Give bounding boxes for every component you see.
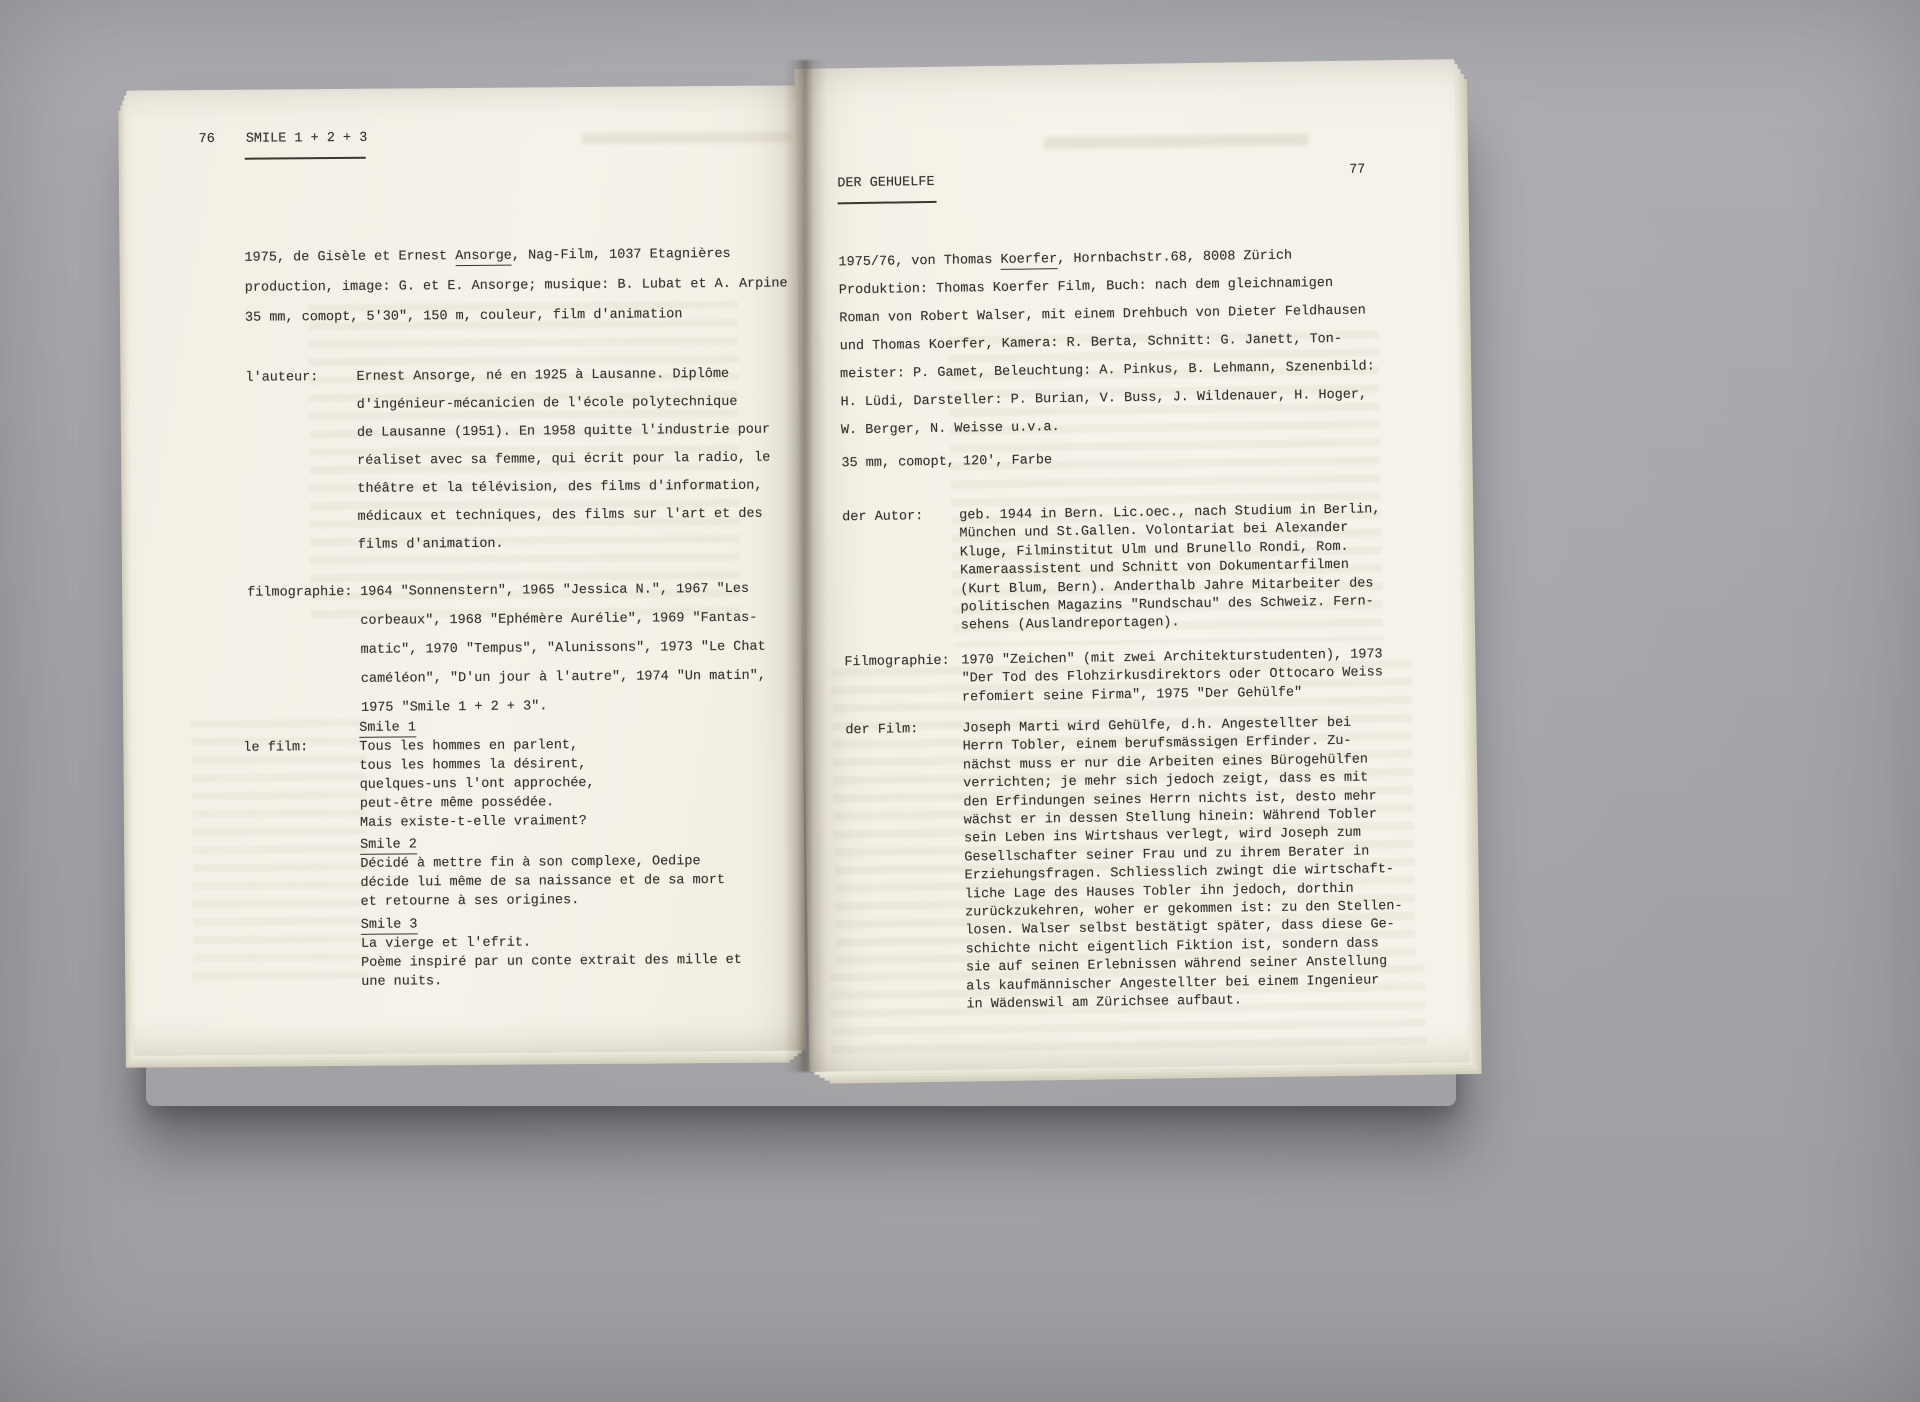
credit-line: 1975, de Gisèle et Ernest Ansorge, Nag-F… — [244, 239, 787, 273]
section-title: Smile 2 — [360, 837, 417, 854]
text-line: peut-être même possédée. — [360, 793, 595, 814]
filmography-label: filmographie: — [247, 578, 353, 608]
section-title-line: Smile 1 — [359, 717, 594, 738]
text-line: corbeaux", 1968 "Ephémère Aurélie", 1969… — [360, 604, 765, 636]
credit-text: 1975/76, von Thomas — [838, 253, 1000, 270]
section-title: Smile 3 — [361, 917, 418, 934]
show-through-text — [1044, 133, 1309, 149]
title-underline — [838, 201, 937, 204]
credit-lines: Produktion: Thomas Koerfer Film, Buch: n… — [839, 269, 1376, 445]
text-line: réaliset avec sa femme, qui écrit pour l… — [357, 445, 770, 476]
show-through-text — [191, 719, 368, 990]
text-line: et retourne à ses origines. — [361, 890, 726, 912]
section-text: La vierge et l'efrit.Poème inspiré par u… — [361, 932, 742, 992]
author-label: der Autor: — [842, 508, 923, 528]
section-text: Tous les hommes en parlent,tous les homm… — [359, 736, 595, 833]
film-section-smile-2: Smile 2 Décidé à mettre fin à son comple… — [360, 833, 725, 912]
right-page: DER GEHUELFE 77 1975/76, von Thomas Koer… — [795, 59, 1470, 1072]
show-through-text — [582, 131, 792, 144]
format-line: 35 mm, comopt, 120', Farbe — [841, 451, 1052, 473]
text-line: d'ingénieur-mécanicien de l'école polyte… — [357, 389, 770, 420]
text-line: matic", 1970 "Tempus", "Alunissons", 197… — [361, 633, 766, 665]
section-title: Smile 1 — [359, 720, 416, 737]
page-number: 76 — [199, 132, 215, 147]
text-line: Mais existe-t-elle vraiment? — [360, 812, 595, 833]
credit-text: , Nag-Film, 1037 Etagnières — [512, 247, 731, 264]
text-line: médicaux et techniques, des films sur l'… — [357, 501, 770, 532]
text-line: films d'animation. — [358, 529, 771, 560]
author-label: l'auteur: — [245, 364, 318, 393]
page-title: SMILE 1 + 2 + 3 — [246, 131, 368, 147]
film-label: le film: — [243, 738, 308, 758]
text-line: Poème inspiré par un conte extrait des m… — [361, 951, 742, 973]
left-page: 76 SMILE 1 + 2 + 3 1975, de Gisèle et Er… — [126, 85, 806, 1055]
credits-block: 1975, de Gisèle et Ernest Ansorge, Nag-F… — [244, 239, 787, 333]
filmography-label: Filmographie: — [844, 653, 950, 673]
open-book: 76 SMILE 1 + 2 + 3 1975, de Gisèle et Er… — [118, 50, 1474, 1118]
title-underline — [245, 157, 366, 160]
text-line: caméléon", "D'un jour à l'autre", 1974 "… — [361, 662, 766, 694]
photo-background: 76 SMILE 1 + 2 + 3 1975, de Gisèle et Er… — [0, 0, 1920, 1402]
underlined-name: Ansorge — [455, 249, 512, 266]
film-text: Joseph Marti wird Gehülfe, d.h. Angestel… — [962, 714, 1404, 1015]
text-line: décide lui même de sa naissance et de sa… — [360, 871, 725, 893]
text-line: quelques-uns l'ont approchée, — [360, 774, 595, 795]
credit-line: 35 mm, comopt, 5'30", 150 m, couleur, fi… — [245, 299, 788, 333]
author-text: Ernest Ansorge, né en 1925 à Lausanne. D… — [356, 361, 771, 560]
page-number: 77 — [1349, 160, 1365, 179]
credit-line: production, image: G. et E. Ansorge; mus… — [245, 269, 788, 303]
text-line: une nuits. — [361, 970, 742, 992]
author-text: geb. 1944 in Bern. Lic.oec., nach Studiu… — [959, 501, 1382, 636]
underlined-name: Koerfer — [1000, 252, 1057, 270]
credit-text: , Hornbachstr.68, 8008 Zürich — [1057, 249, 1292, 267]
film-label: der Film: — [845, 721, 918, 740]
credit-text: 1975, de Gisèle et Ernest — [244, 249, 455, 266]
filmography-text: 1970 "Zeichen" (mit zwei Architekturstud… — [961, 646, 1383, 707]
film-section-smile-3: Smile 3 La vierge et l'efrit.Poème inspi… — [361, 913, 742, 992]
filmography-text: 1964 "Sonnenstern", 1965 "Jessica N.", 1… — [360, 575, 766, 723]
page-title: DER GEHUELFE — [837, 173, 934, 193]
section-text: Décidé à mettre fin à son complexe, Oedi… — [360, 852, 725, 912]
text-line: tous les hommes la désirent, — [359, 755, 594, 776]
credits-block: 1975/76, von Thomas Koerfer, Hornbachstr… — [838, 241, 1376, 445]
film-section-smile-1: Smile 1 Tous les hommes en parlent,tous … — [359, 717, 595, 833]
text-line: de Lausanne (1951). En 1958 quitte l'ind… — [357, 417, 770, 448]
text-line: 1964 "Sonnenstern", 1965 "Jessica N.", 1… — [360, 575, 765, 607]
text-line: Ernest Ansorge, né en 1925 à Lausanne. D… — [356, 361, 769, 392]
text-line: théâtre et la télévision, des films d'in… — [357, 473, 770, 504]
text-line: Tous les hommes en parlent, — [359, 736, 594, 757]
left-page-header: 76 SMILE 1 + 2 + 3 — [199, 131, 368, 147]
